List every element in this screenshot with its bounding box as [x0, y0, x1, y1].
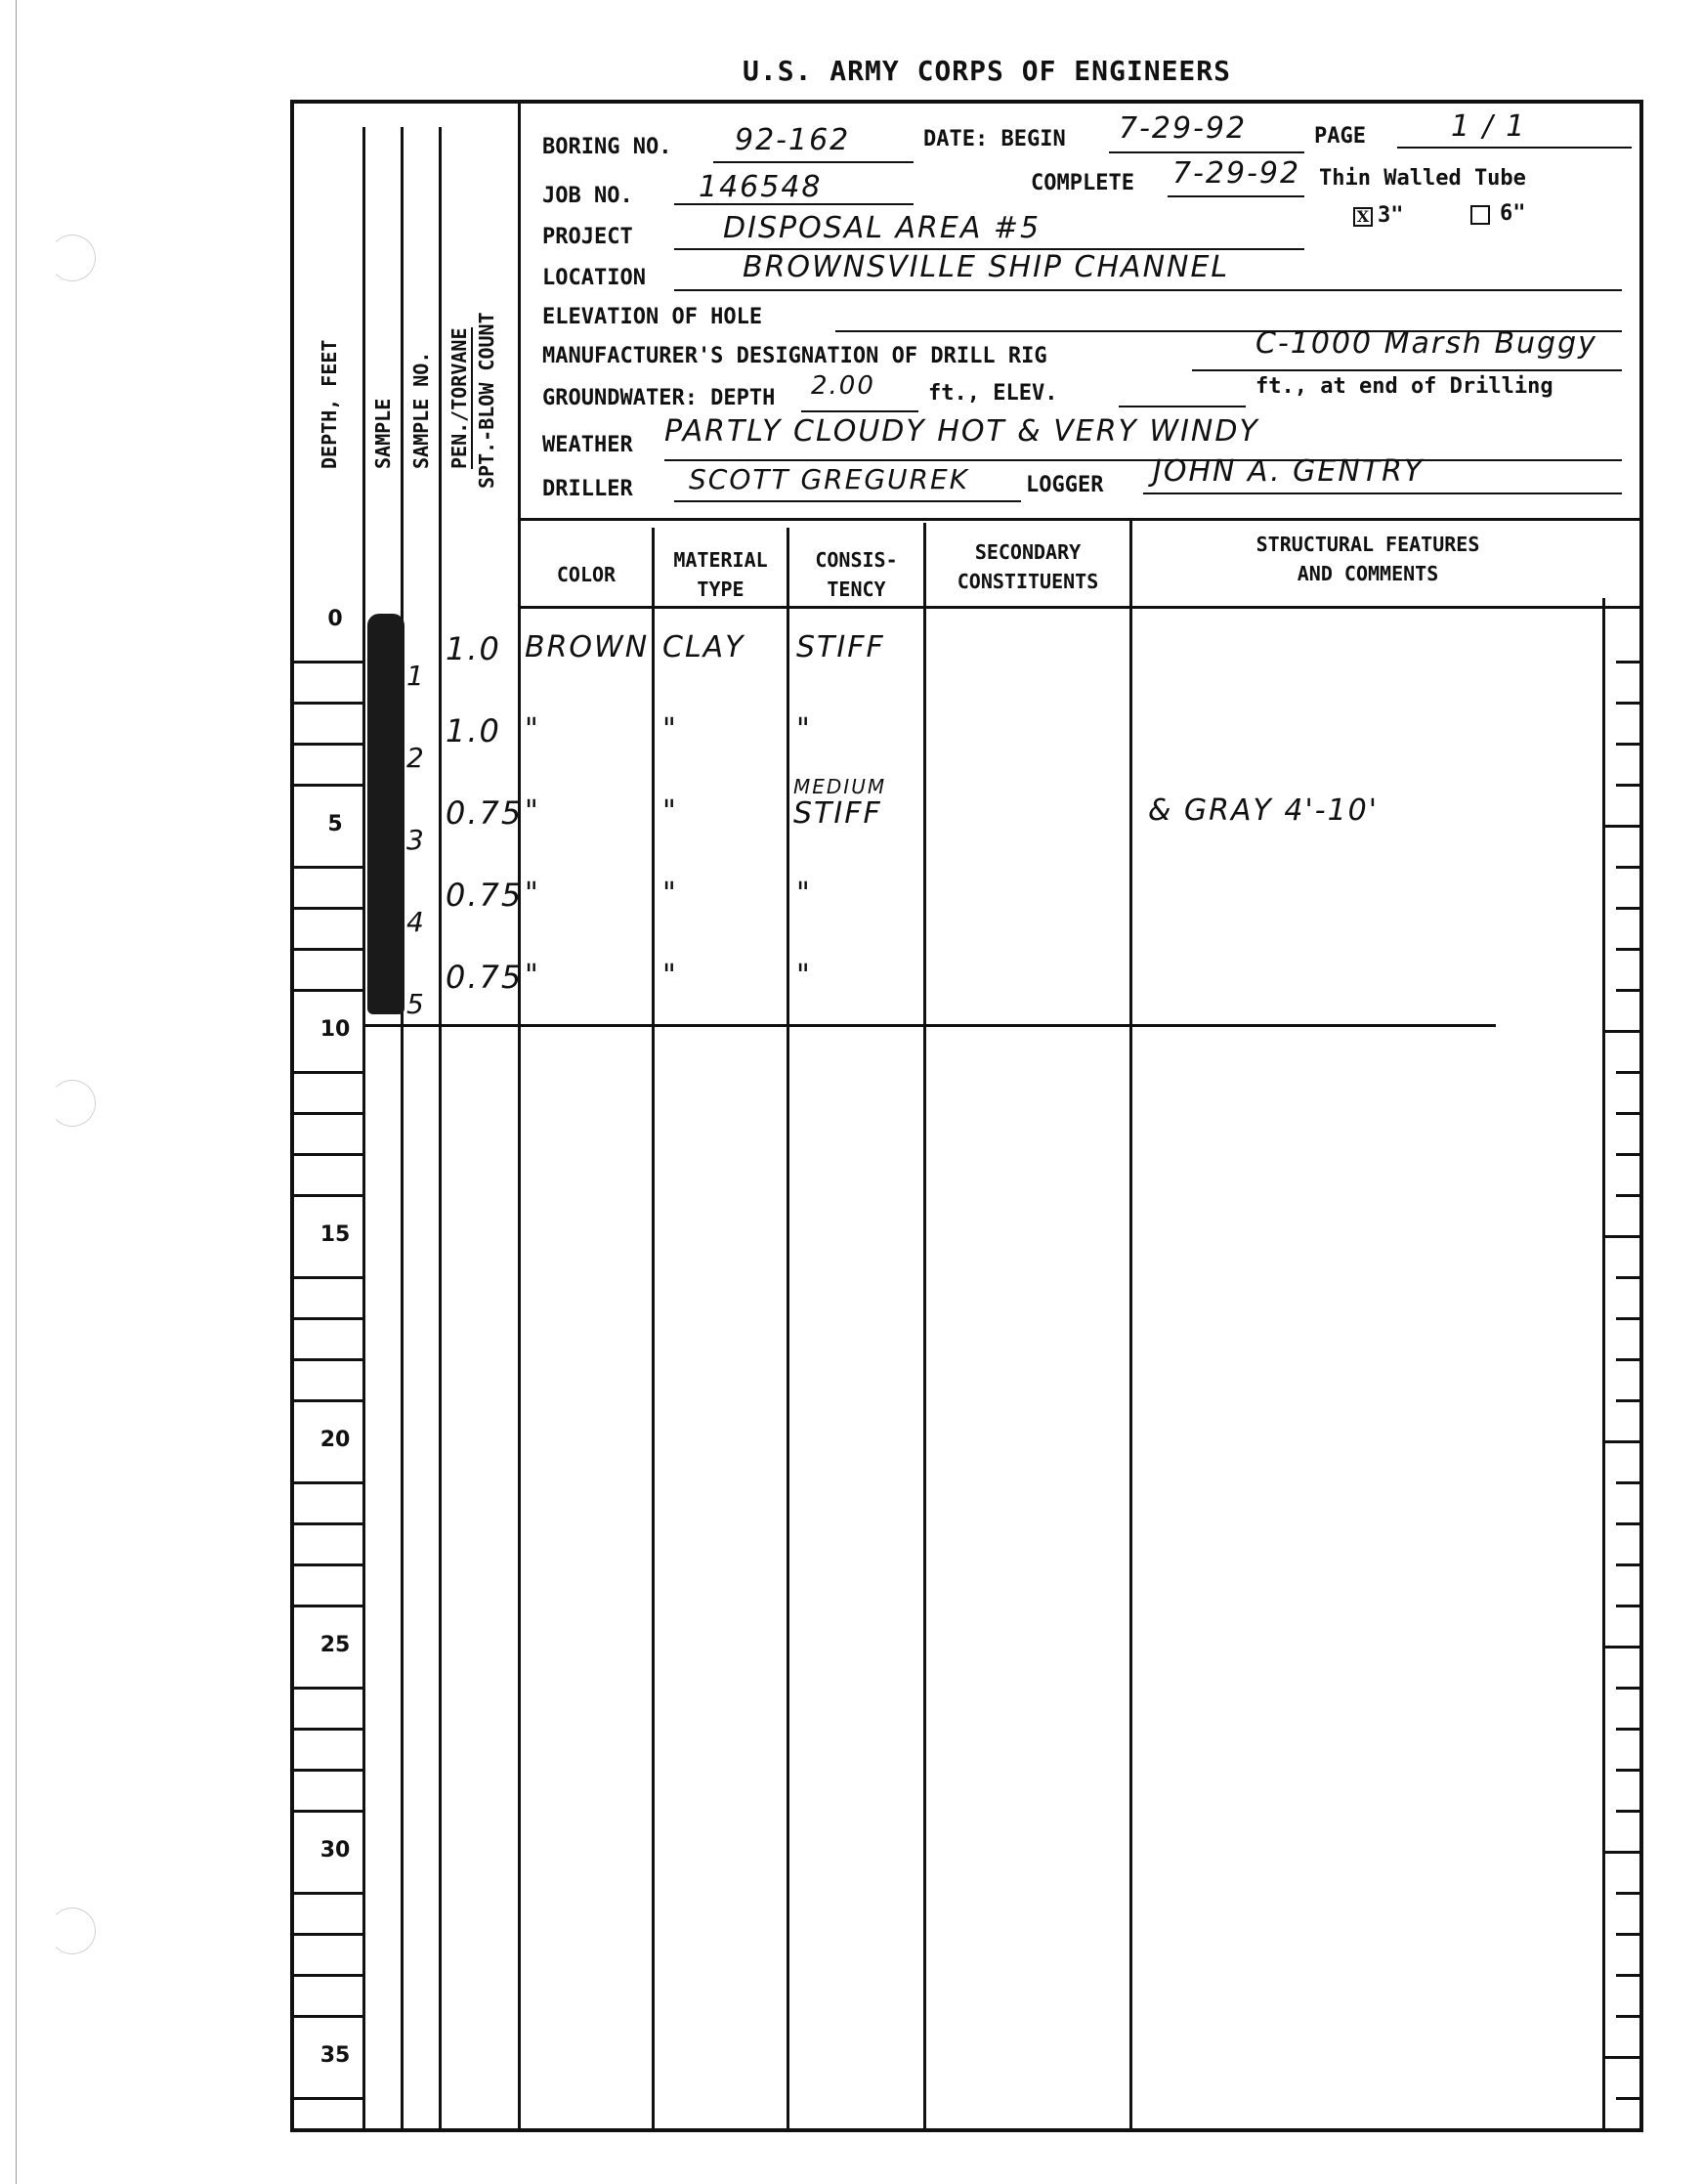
- consistency-line2: TENCY: [827, 578, 885, 601]
- depth-tick: [293, 1276, 362, 1279]
- driller-label: DRILLER: [542, 477, 633, 501]
- page-label: PAGE: [1314, 124, 1366, 149]
- consistency-line1: CONSIS-: [815, 548, 897, 572]
- depth-label: 10: [311, 1017, 360, 1042]
- right-depth-tick: [1616, 661, 1641, 664]
- right-depth-tick: [1616, 1892, 1641, 1895]
- color-value: ": [525, 959, 540, 993]
- right-depth-tick: [1616, 1112, 1641, 1115]
- right-depth-tick: [1616, 1563, 1641, 1566]
- right-depth-tick: [1616, 1605, 1641, 1607]
- right-depth-tick: [1616, 2015, 1641, 2018]
- groundwater-label: GROUNDWATER: DEPTH: [542, 386, 775, 410]
- groundwater-elev-label: ft., ELEV.: [928, 381, 1057, 406]
- sample-number: 5: [406, 988, 426, 1020]
- right-depth-tick: [1602, 825, 1641, 828]
- sample-number: 4: [406, 906, 426, 938]
- divider: [787, 528, 789, 2132]
- boring-no-value[interactable]: 92-162: [735, 123, 850, 157]
- structural-line2: AND COMMENTS: [1298, 562, 1439, 585]
- underline: [674, 500, 1021, 502]
- right-depth-tick: [1616, 866, 1641, 869]
- color-value: ": [525, 877, 540, 911]
- logger-label: LOGGER: [1026, 473, 1103, 497]
- underline: [1168, 195, 1304, 197]
- right-depth-tick: [1616, 1687, 1641, 1690]
- depth-tick: [293, 866, 362, 869]
- tube-6in-checkbox[interactable]: [1470, 205, 1490, 225]
- consistency-value: ": [796, 959, 812, 993]
- job-no-label: JOB NO.: [542, 184, 633, 208]
- underline: [674, 203, 914, 205]
- tube-3in-label: 3": [1378, 203, 1404, 228]
- consistency-value: MEDIUM: [793, 775, 886, 798]
- divider: [362, 127, 365, 2132]
- depth-tick: [293, 1112, 362, 1115]
- right-depth-tick: [1616, 1810, 1641, 1813]
- column-header-secondary: SECONDARYCONSTITUENTS: [926, 537, 1129, 596]
- depth-tick: [293, 1892, 362, 1895]
- underline: [674, 289, 1622, 291]
- right-depth-tick: [1616, 989, 1641, 992]
- column-header-consistency: CONSIS-TENCY: [789, 545, 923, 604]
- right-depth-tick: [1616, 1933, 1641, 1936]
- page-value[interactable]: 1 / 1: [1451, 109, 1526, 144]
- divider: [1129, 520, 1132, 2132]
- right-depth-tick: [1616, 1481, 1641, 1484]
- consistency-value: ": [796, 712, 812, 747]
- column-header-sample-no: SAMPLE NO.: [409, 352, 433, 469]
- material-value: ": [662, 712, 678, 747]
- underline: [1109, 151, 1304, 153]
- weather-value[interactable]: PARTLY CLOUDY HOT & VERY WINDY: [664, 414, 1259, 449]
- depth-tick: [293, 1728, 362, 1731]
- depth-tick: [293, 1317, 362, 1320]
- pen-torvane-value: 0.75: [446, 959, 523, 996]
- location-label: LOCATION: [542, 266, 646, 290]
- job-no-value[interactable]: 146548: [699, 170, 823, 204]
- right-depth-tick: [1616, 1769, 1641, 1772]
- groundwater-depth-value[interactable]: 2.00: [811, 371, 875, 401]
- material-line2: TYPE: [697, 578, 744, 601]
- column-header-color: COLOR: [521, 560, 652, 589]
- right-depth-tick: [1616, 1522, 1641, 1525]
- depth-tick: [293, 1687, 362, 1690]
- depth-tick: [293, 2015, 362, 2018]
- depth-tick: [293, 1399, 362, 1402]
- depth-tick: [293, 1605, 362, 1607]
- depth-tick: [293, 1522, 362, 1525]
- depth-label: 20: [311, 1428, 360, 1452]
- date-complete-value[interactable]: 7-29-92: [1172, 156, 1300, 191]
- sample-number: 3: [406, 824, 426, 856]
- date-complete-label: COMPLETE: [1031, 171, 1134, 195]
- consistency-value: STIFF: [793, 796, 882, 831]
- depth-tick: [293, 1358, 362, 1361]
- right-depth-tick: [1616, 1153, 1641, 1156]
- underline: [664, 459, 1622, 461]
- right-depth-tick: [1616, 1194, 1641, 1197]
- drill-rig-label: MANUFACTURER'S DESIGNATION OF DRILL RIG: [542, 344, 1047, 368]
- depth-tick: [293, 1933, 362, 1936]
- driller-value[interactable]: SCOTT GREGUREK: [689, 463, 969, 495]
- secondary-line1: SECONDARY: [975, 540, 1081, 564]
- divider: [1602, 598, 1605, 2132]
- depth-tick: [293, 2097, 362, 2100]
- right-depth-tick: [1616, 1358, 1641, 1361]
- right-depth-tick: [1602, 1646, 1641, 1649]
- right-depth-tick: [1602, 1030, 1641, 1033]
- depth-label: 15: [311, 1222, 360, 1247]
- divider: [518, 100, 521, 2132]
- drill-rig-value[interactable]: C-1000 Marsh Buggy: [1255, 326, 1597, 361]
- right-depth-tick: [1616, 2097, 1641, 2100]
- depth-tick: [293, 948, 362, 951]
- sample-end-line: [362, 1024, 1496, 1027]
- column-header-structural: STRUCTURAL FEATURESAND COMMENTS: [1133, 530, 1602, 588]
- color-value: BROWN: [525, 630, 649, 664]
- right-depth-tick: [1616, 1399, 1641, 1402]
- tube-3in-checkbox[interactable]: X: [1353, 207, 1373, 227]
- punch-hole: [49, 235, 96, 281]
- structural-line1: STRUCTURAL FEATURES: [1256, 533, 1480, 556]
- depth-tick: [293, 1769, 362, 1772]
- depth-tick: [293, 1563, 362, 1566]
- column-header-spt-blow-count: SPT.-BLOW COUNT: [475, 312, 498, 489]
- pen-torvane-value: 0.75: [446, 877, 523, 914]
- sample-interval-bar: [367, 614, 404, 1014]
- right-depth-tick: [1616, 948, 1641, 951]
- right-depth-tick: [1602, 2056, 1641, 2059]
- right-depth-tick: [1616, 743, 1641, 746]
- material-value: ": [662, 877, 678, 911]
- page-title: U.S. ARMY CORPS OF ENGINEERS: [743, 55, 1231, 87]
- punch-hole: [49, 1080, 96, 1127]
- right-depth-tick: [1616, 1276, 1641, 1279]
- underline: [1192, 369, 1622, 371]
- depth-tick: [293, 702, 362, 705]
- depth-tick: [293, 989, 362, 992]
- depth-tick: [293, 661, 362, 664]
- column-header-sample: SAMPLE: [371, 399, 395, 469]
- depth-tick: [293, 1194, 362, 1197]
- underline: [1119, 406, 1246, 407]
- depth-tick: [293, 784, 362, 787]
- pen-torvane-value: 1.0: [446, 630, 501, 667]
- material-value: ": [662, 794, 678, 829]
- depth-tick: [293, 1810, 362, 1813]
- weather-label: WEATHER: [542, 433, 633, 457]
- divider: [439, 127, 442, 2132]
- depth-label: 0: [311, 607, 360, 631]
- depth-tick: [293, 743, 362, 746]
- color-value: ": [525, 794, 540, 829]
- elevation-label: ELEVATION OF HOLE: [542, 305, 762, 329]
- material-value: CLAY: [662, 630, 745, 664]
- pen-torvane-value: 0.75: [446, 794, 523, 832]
- column-header-depth: DEPTH, FEET: [318, 340, 341, 469]
- divider: [652, 528, 655, 2132]
- right-depth-tick: [1616, 1728, 1641, 1731]
- right-depth-tick: [1616, 1317, 1641, 1320]
- tube-label: Thin Walled Tube: [1319, 166, 1526, 191]
- material-value: ": [662, 959, 678, 993]
- right-depth-tick: [1602, 1851, 1641, 1854]
- underline: [1397, 147, 1632, 149]
- column-header-material: MATERIALTYPE: [655, 545, 787, 604]
- divider: [518, 518, 1641, 521]
- divider: [401, 127, 404, 2132]
- logger-value[interactable]: JOHN A. GENTRY: [1153, 454, 1424, 489]
- right-depth-tick: [1616, 784, 1641, 787]
- right-depth-tick: [1602, 1440, 1641, 1443]
- divider: [923, 523, 926, 2132]
- project-label: PROJECT: [542, 225, 633, 249]
- depth-label: 5: [311, 812, 360, 836]
- sample-number: 1: [406, 660, 426, 692]
- divider: [518, 606, 1641, 609]
- depth-tick: [293, 1974, 362, 1977]
- right-depth-tick: [1616, 907, 1641, 910]
- right-depth-tick: [1616, 702, 1641, 705]
- right-depth-tick: [1616, 1974, 1641, 1977]
- consistency-value: STIFF: [796, 630, 885, 664]
- date-begin-value[interactable]: 7-29-92: [1119, 111, 1247, 146]
- secondary-line2: CONSTITUENTS: [957, 570, 1099, 593]
- depth-label: 35: [311, 2043, 360, 2068]
- underline: [713, 161, 914, 163]
- sample-number: 2: [406, 742, 426, 774]
- depth-tick: [293, 1153, 362, 1156]
- date-begin-label: DATE: BEGIN: [923, 127, 1066, 151]
- depth-tick: [293, 907, 362, 910]
- location-value[interactable]: BROWNSVILLE SHIP CHANNEL: [743, 250, 1229, 284]
- right-depth-tick: [1602, 1235, 1641, 1238]
- color-value: ": [525, 712, 540, 747]
- depth-label: 30: [311, 1838, 360, 1863]
- column-header-pen-torvane: PEN./TORVANE: [447, 328, 473, 470]
- depth-label: 25: [311, 1633, 360, 1657]
- page-edge: [16, 0, 17, 2184]
- consistency-value: ": [796, 877, 812, 911]
- underline: [1143, 492, 1622, 494]
- groundwater-end-label: ft., at end of Drilling: [1255, 374, 1553, 399]
- underline: [801, 410, 918, 412]
- boring-no-label: BORING NO.: [542, 135, 671, 159]
- depth-tick: [293, 1071, 362, 1074]
- right-depth-tick: [1616, 1071, 1641, 1074]
- punch-hole: [49, 1907, 96, 1954]
- pen-torvane-value: 1.0: [446, 712, 501, 749]
- project-value[interactable]: DISPOSAL AREA #5: [723, 211, 1041, 245]
- comment-text: & GRAY 4'-10': [1148, 793, 1379, 828]
- depth-tick: [293, 1481, 362, 1484]
- tube-6in-label: 6": [1500, 201, 1526, 226]
- material-line1: MATERIAL: [673, 548, 767, 572]
